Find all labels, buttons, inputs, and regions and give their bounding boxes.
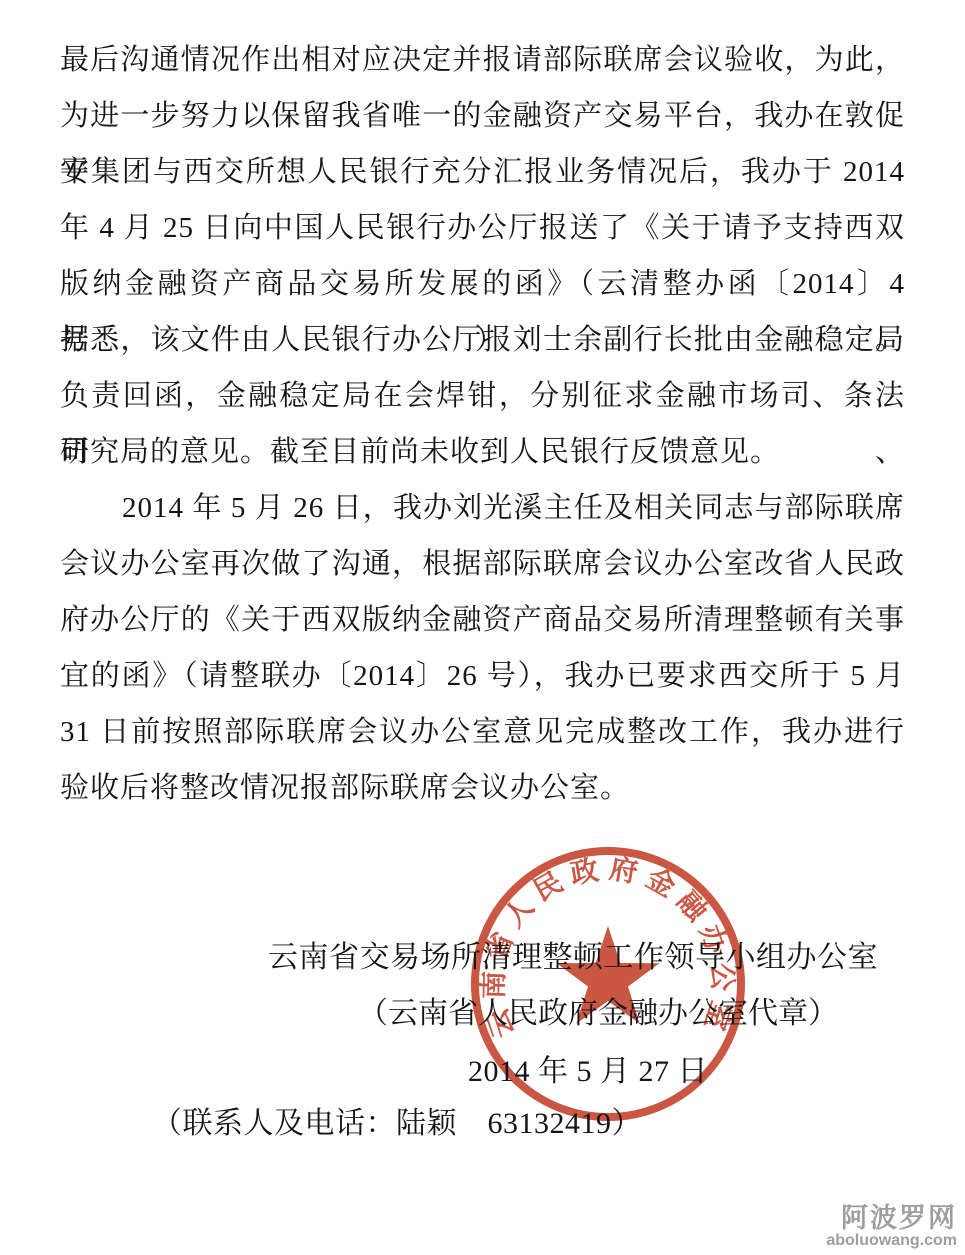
body-line: 2014 年 5 月 26 日，我办刘光溪主任及相关同志与部际联席	[60, 480, 905, 536]
body-line: 验收后将整改情况报部际联席会议办公室。	[60, 760, 905, 816]
body-line: 31 日前按照部际联席会议办公室意见完成整改工作，我办进行	[60, 704, 905, 760]
signature-contact: （联系人及电话：陆颖 63132419）	[152, 1096, 642, 1152]
watermark-title: 阿波罗网	[826, 1204, 957, 1232]
body-line: 研究局的意见。截至目前尚未收到人民银行反馈意见。	[60, 424, 905, 480]
body-line: 府办公厅的《关于西双版纳金融资产商品交易所清理整顿有关事	[60, 592, 905, 648]
body-line: 宜的函》（请整联办〔2014〕26 号），我办已要求西交所于 5 月	[60, 648, 905, 704]
signature-org-alt: （云南省人民政府金融办公室代章）	[358, 986, 838, 1042]
body-line: 会议办公室再次做了沟通，根据部际联席会议办公室改省人民政	[60, 536, 905, 592]
signature-date: 2014 年 5 月 27 日	[468, 1044, 708, 1100]
body-line: 为进一步努力以保留我省唯一的金融资产交易平台，我办在敦促平	[60, 88, 905, 144]
body-text: 最后沟通情况作出相对应决定并报请部际联席会议验收，为此，为进一步努力以保留我省唯…	[60, 32, 905, 816]
watermark-url: aboluowang.com	[826, 1232, 957, 1249]
body-line: 安集团与西交所想人民银行充分汇报业务情况后，我办于 2014	[60, 144, 905, 200]
body-line: 负责回函，金融稳定局在会焊钳，分别征求金融市场司、条法司、	[60, 368, 905, 424]
body-line: 最后沟通情况作出相对应决定并报请部际联席会议验收，为此，	[60, 32, 905, 88]
signature-org: 云南省交易场所清理整顿工作领导小组办公室	[268, 930, 878, 986]
watermark: 阿波罗网 aboluowang.com	[826, 1204, 957, 1249]
body-line: 年 4 月 25 日向中国人民银行办公厅报送了《关于请予支持西双	[60, 200, 905, 256]
body-line: 版纳金融资产商品交易所发展的函》（云清整办函〔2014〕4 号）。	[60, 256, 905, 312]
scanned-document-page: 最后沟通情况作出相对应决定并报请部际联席会议验收，为此，为进一步努力以保留我省唯…	[0, 0, 965, 1255]
body-line: 据悉，该文件由人民银行办公厅报刘士余副行长批由金融稳定局	[60, 312, 905, 368]
